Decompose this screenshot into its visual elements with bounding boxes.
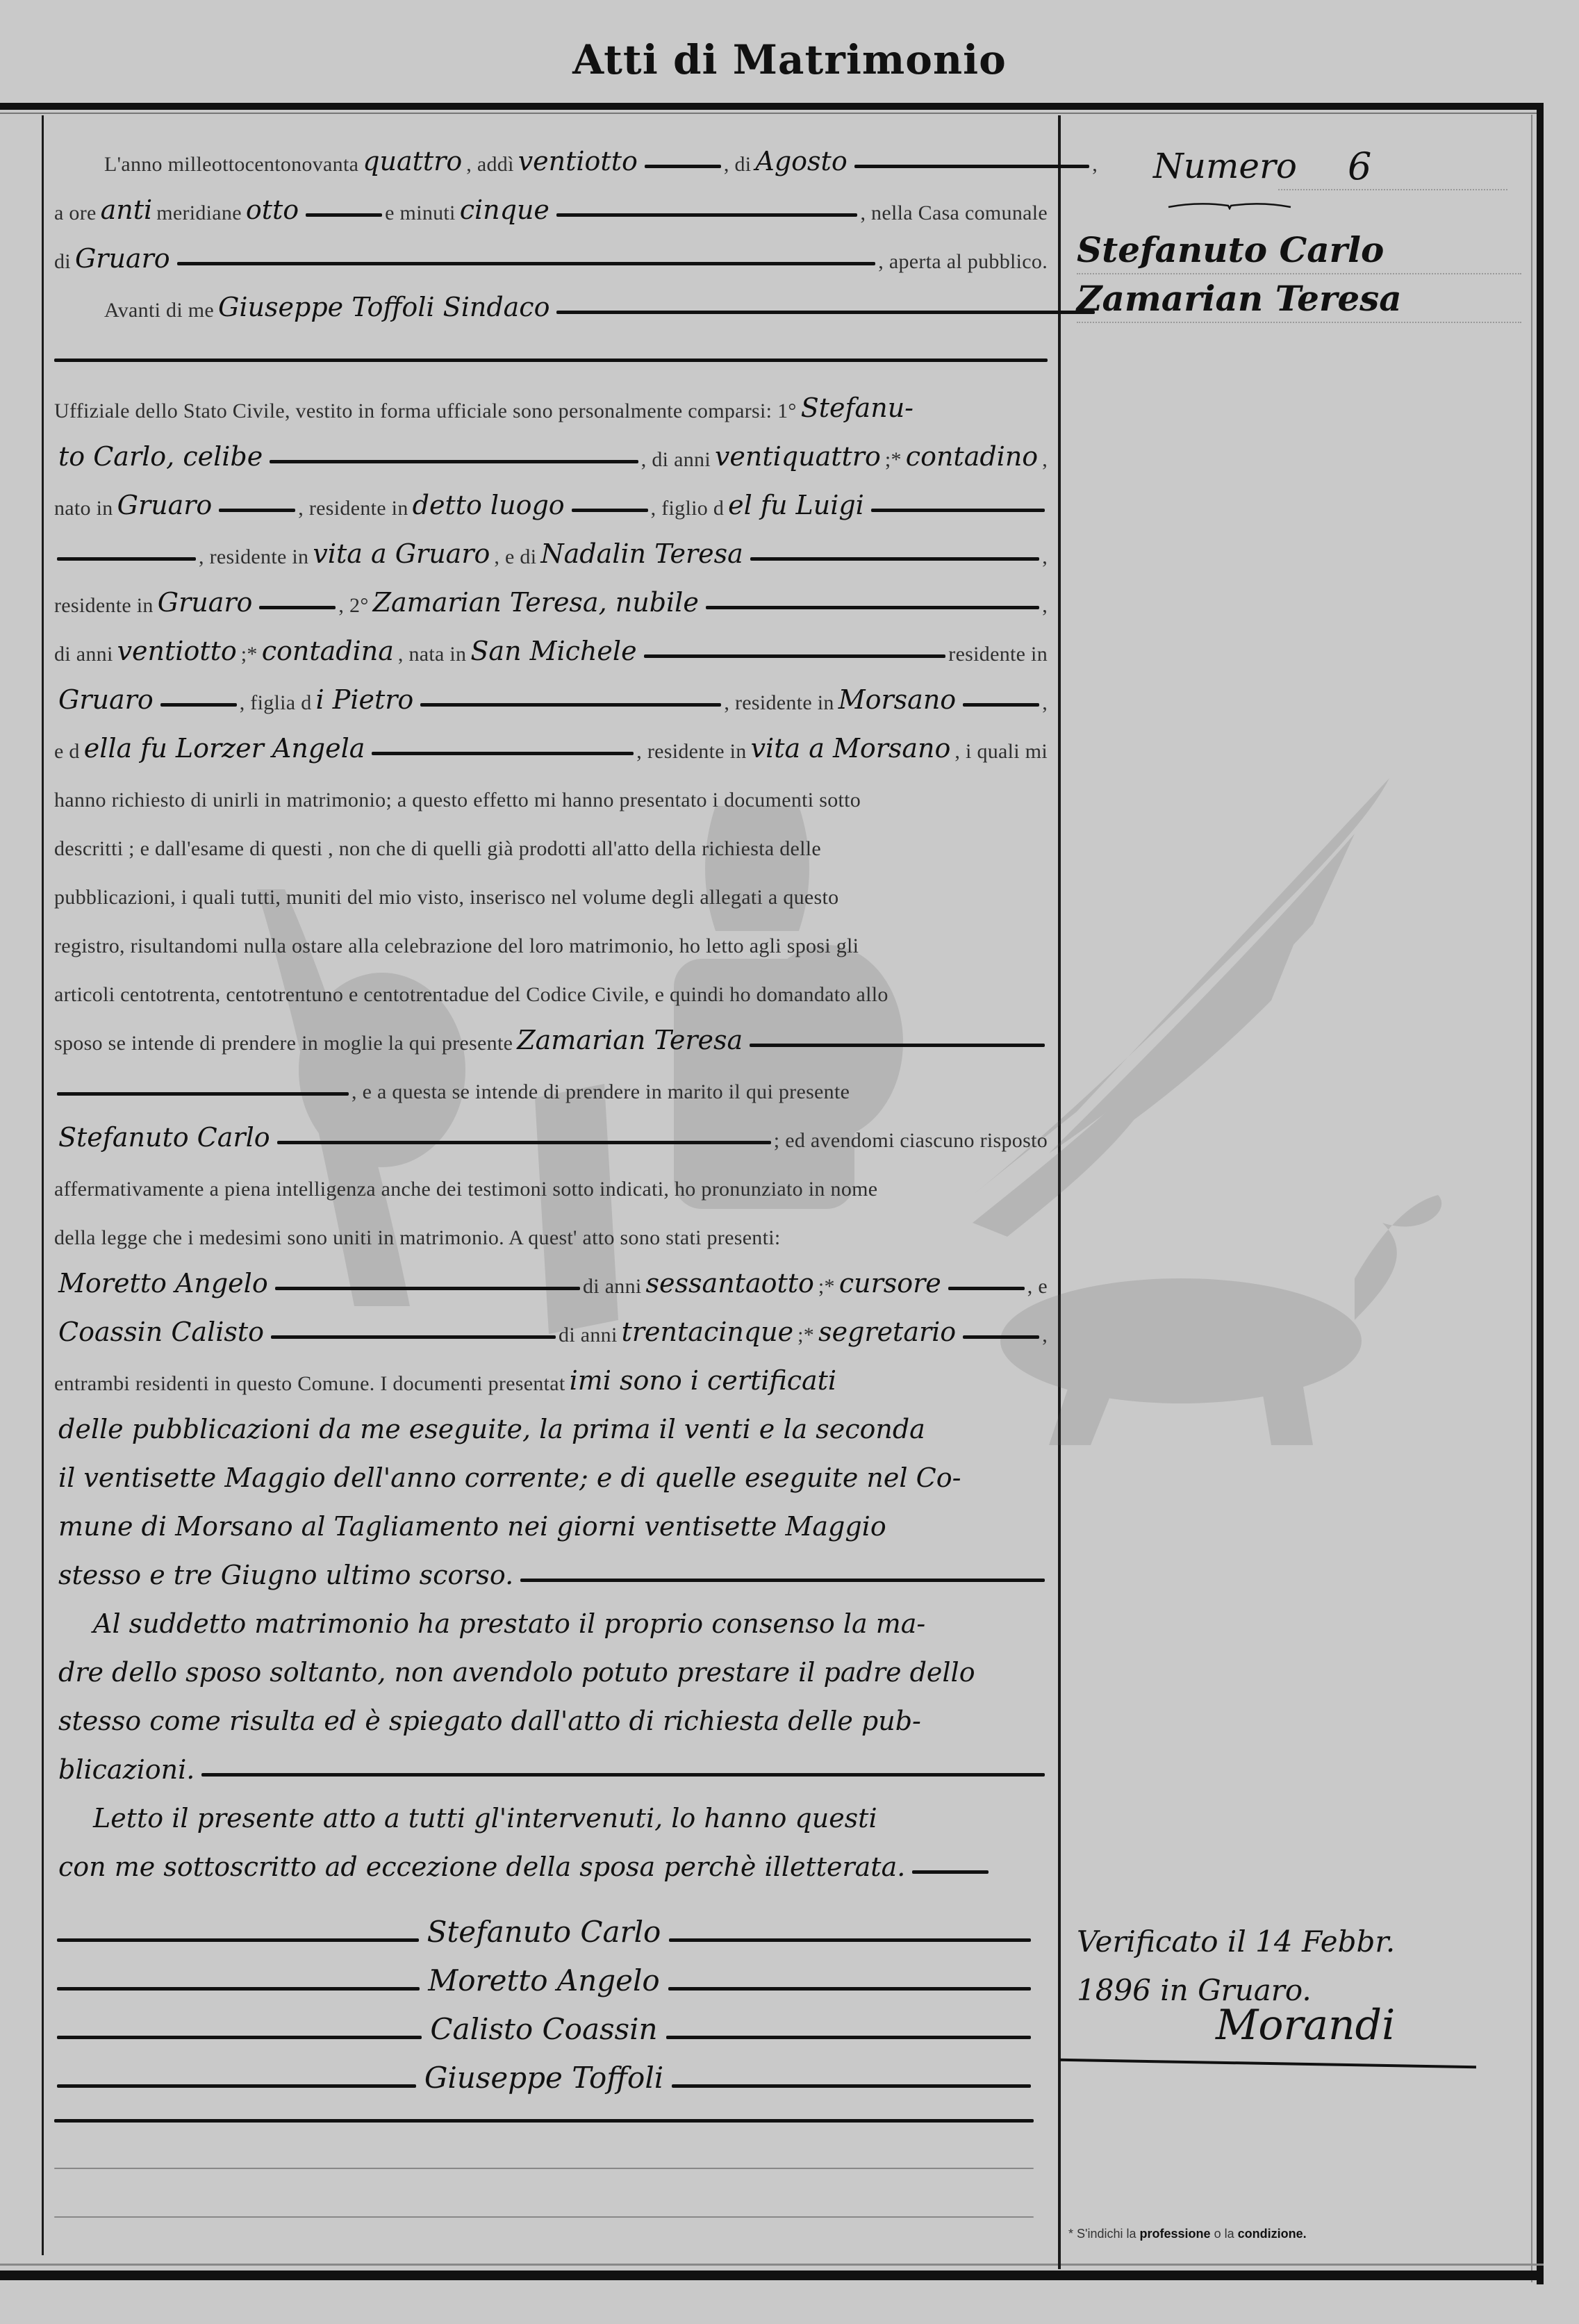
- printed-text: a ore: [54, 201, 97, 225]
- line-l35: con me sottoscritto ad eccezione della s…: [54, 1838, 1048, 1882]
- printed-text: ,: [1042, 448, 1048, 472]
- handwritten-annotation: delle pubblicazioni da me eseguite, la p…: [54, 1414, 929, 1444]
- printed-text: L'anno milleottocentonovanta: [104, 153, 358, 176]
- footnote-bold: professione: [1140, 2227, 1211, 2241]
- line-officer: Avanti di me Giuseppe Toffoli Sindaco: [54, 278, 1098, 322]
- printed-text: di: [54, 250, 71, 274]
- handwritten-annotation: Al suddetto matrimonio ha prestato il pr…: [89, 1608, 929, 1639]
- verification-note: Verificato il 14 Febbr. 1896 in Gruaro.: [1077, 1918, 1494, 2015]
- handwritten-bride-name: Zamarian Teresa, nubile: [369, 587, 703, 618]
- line-l7: nato in Gruaro , residente in detto luog…: [54, 476, 1048, 520]
- printed-text: e d: [54, 740, 80, 764]
- printed-text: , residente in: [636, 740, 746, 764]
- handwritten-bride-father-residence: Morsano: [834, 684, 960, 715]
- handwritten-hour: otto: [242, 195, 303, 225]
- printed-text: , i quali mi: [954, 740, 1048, 764]
- handwritten-bride-residence: Gruaro: [54, 684, 158, 715]
- handwritten-witness-age: trentacinque: [618, 1317, 798, 1347]
- printed-text: affermativamente a piena intelligenza an…: [54, 1178, 877, 1201]
- fill-line: [963, 703, 1039, 707]
- printed-text: ;*: [818, 1275, 835, 1299]
- fill-line: [672, 2084, 1031, 2088]
- footnote-text: * S'indichi la: [1068, 2227, 1136, 2241]
- line-l9: residente in Gruaro , 2° Zamarian Teresa…: [54, 573, 1048, 618]
- printed-text: , 2°: [338, 594, 368, 618]
- handwritten-bride-age: ventiotto: [113, 636, 241, 666]
- line-l19: , e a questa se intende di prendere in m…: [54, 1060, 1048, 1104]
- handwritten-bride-mother-residence: vita a Morsano: [747, 733, 955, 764]
- fill-line: [420, 703, 721, 707]
- line-l17: articoli centotrenta, centotrentuno e ce…: [54, 962, 1048, 1007]
- fill-line: [57, 557, 196, 561]
- fill-line: [201, 1773, 1045, 1777]
- footnote-text: o la: [1214, 2227, 1234, 2241]
- handwritten-groom-age: ventiquattro: [711, 441, 885, 472]
- handwritten-witness-name: Coassin Calisto: [54, 1317, 268, 1347]
- handwritten-bride-mother: ella fu Lorzer Angela: [80, 733, 370, 764]
- printed-text: residente in: [948, 643, 1048, 666]
- printed-text: di anni: [583, 1275, 642, 1299]
- printed-text: , nata in: [398, 643, 467, 666]
- line-l28: mune di Morsano al Tagliamento nei giorn…: [54, 1497, 1048, 1542]
- column-divider-left: [42, 115, 44, 2255]
- frame-border-top-inner: [0, 113, 1544, 114]
- handwritten-groom-name: Stefanu-: [797, 393, 918, 423]
- handwritten-day: ventiotto: [514, 146, 642, 176]
- printed-text: ,: [1092, 153, 1098, 176]
- printed-text: nato in: [54, 497, 113, 520]
- fill-line: [948, 1287, 1025, 1290]
- printed-text: , e a questa se intende di prendere in m…: [352, 1080, 850, 1104]
- handwritten-officer: Giuseppe Toffoli Sindaco: [214, 292, 554, 322]
- handwritten-annotation: blicazioni.: [54, 1754, 199, 1785]
- printed-text: ;*: [797, 1324, 814, 1347]
- printed-text: entrambi residenti in questo Comune. I d…: [54, 1372, 565, 1396]
- fill-line: [160, 703, 237, 707]
- line-l26: delle pubblicazioni da me eseguite, la p…: [54, 1400, 1048, 1444]
- separator-rule: [54, 359, 1048, 362]
- printed-text: ,: [1042, 1324, 1048, 1347]
- fill-line: [259, 606, 336, 609]
- fill-line: [520, 1579, 1045, 1582]
- handwritten-father-residence: vita a Gruaro: [308, 538, 494, 569]
- line-l20: Stefanuto Carlo ; ed avendomi ciascuno r…: [54, 1108, 1048, 1153]
- printed-text: , e: [1027, 1275, 1048, 1299]
- signature-witness-2: Calisto Coassin: [424, 2012, 663, 2046]
- fill-line: [669, 1938, 1031, 1942]
- handwritten-groom-name: to Carlo, celibe: [54, 441, 267, 472]
- fill-line: [372, 752, 634, 755]
- footnote-bold: condizione.: [1238, 2227, 1307, 2241]
- page-title: Atti di Matrimonio: [0, 36, 1579, 83]
- printed-text: ;*: [885, 448, 902, 472]
- fill-line: [271, 1335, 556, 1339]
- handwritten-annotation: dre dello sposo soltanto, non avendolo p…: [54, 1657, 979, 1688]
- handwritten-witness-profession: cursore: [835, 1268, 945, 1299]
- signature-line-witness-1: Moretto Angelo: [54, 1956, 1034, 1997]
- line-l12: e d ella fu Lorzer Angela , residente in…: [54, 719, 1048, 764]
- handwritten-bride-birthplace: San Michele: [466, 636, 640, 666]
- signature-line-groom: Stefanuto Carlo: [54, 1907, 1034, 1949]
- record-number-label: Numero: [1153, 146, 1297, 186]
- line-l32: stesso come risulta ed è spiegato dall'a…: [54, 1692, 1048, 1736]
- printed-text: e minuti: [385, 201, 456, 225]
- handwritten-residence: detto luogo: [408, 490, 569, 520]
- frame-border-top: [0, 103, 1544, 110]
- handwritten-mother: Nadalin Teresa: [536, 538, 747, 569]
- fill-line: [275, 1287, 580, 1290]
- fill-line: [645, 165, 721, 168]
- line-l21: affermativamente a piena intelligenza an…: [54, 1157, 1048, 1201]
- printed-text: di anni: [54, 643, 113, 666]
- fill-line: [277, 1141, 771, 1144]
- printed-text: , aperta al pubblico.: [878, 250, 1048, 274]
- fill-line: [270, 460, 638, 463]
- printed-text: ,: [1042, 545, 1048, 569]
- handwritten-birthplace: Gruaro: [113, 490, 217, 520]
- fill-line: [854, 165, 1089, 168]
- fill-line: [644, 654, 946, 658]
- line-time: a ore anti meridiane otto e minuti cinqu…: [54, 181, 1048, 225]
- printed-text: ;*: [241, 643, 258, 666]
- handwritten-annotation: con me sottoscritto ad eccezione della s…: [54, 1852, 909, 1882]
- line-year-date: L'anno milleottocentonovanta quattro , a…: [54, 132, 1098, 176]
- line-l31: dre dello sposo soltanto, non avendolo p…: [54, 1643, 1048, 1688]
- handwritten-commune: Gruaro: [71, 243, 174, 274]
- fill-line: [912, 1870, 989, 1874]
- line-l25: entrambi residenti in questo Comune. I d…: [54, 1351, 1048, 1396]
- closing-rule: [54, 2119, 1034, 2123]
- signature-line-officer: Giuseppe Toffoli: [54, 2053, 1034, 2095]
- handwritten-year: quattro: [358, 146, 466, 176]
- printed-text: registro, risultandomi nulla ostare alla…: [54, 934, 859, 958]
- printed-text: , di anni: [641, 448, 711, 472]
- line-l27: il ventisette Maggio dell'anno corrente;…: [54, 1449, 1048, 1493]
- printed-text: , di: [724, 153, 752, 176]
- line-l14: descritti ; e dall'esame di questi , non…: [54, 816, 1048, 861]
- fill-line: [556, 213, 858, 217]
- verification-line-1: Verificato il 14 Febbr.: [1077, 1918, 1494, 1966]
- printed-text: meridiane: [156, 201, 242, 225]
- fill-line: [57, 2084, 416, 2088]
- fill-line: [57, 1987, 420, 1991]
- printed-text: ,: [1042, 691, 1048, 715]
- printed-text: di anni: [559, 1324, 618, 1347]
- brace-ornament-icon: [1167, 200, 1292, 210]
- frame-border-bottom: [0, 2271, 1544, 2280]
- line-l29: stesso e tre Giugno ultimo scorso.: [54, 1546, 1048, 1590]
- signature-groom: Stefanuto Carlo: [422, 1915, 667, 1949]
- fill-line: [666, 2036, 1031, 2039]
- fill-line: [871, 509, 1045, 512]
- margin-name-bride: Zamarian Teresa: [1077, 278, 1521, 323]
- verification-signature: Morandi: [1216, 2001, 1395, 2050]
- fill-line: [57, 2036, 422, 2039]
- fill-line: [177, 262, 876, 265]
- dotted-line: [1278, 189, 1507, 190]
- handwritten-annotation: imi sono i certificati: [565, 1365, 841, 1396]
- printed-text: , figlia d: [240, 691, 312, 715]
- handwritten-groom-profession: contadino: [902, 441, 1042, 472]
- line-l11: Gruaro , figlia d i Pietro , residente i…: [54, 670, 1048, 715]
- line-l15: pubblicazioni, i quali tutti, muniti del…: [54, 865, 1048, 909]
- line-l6: to Carlo, celibe , di anni ventiquattro …: [54, 427, 1048, 472]
- fill-line: [57, 1938, 419, 1942]
- signature-witness-1: Moretto Angelo: [422, 1963, 665, 1997]
- handwritten-annotation: il ventisette Maggio dell'anno corrente;…: [54, 1462, 965, 1493]
- printed-text: , nella Casa comunale: [860, 201, 1048, 225]
- printed-text: ,: [1042, 594, 1048, 618]
- handwritten-bride-name: Zamarian Teresa: [513, 1025, 747, 1055]
- printed-text: Avanti di me: [104, 299, 214, 322]
- printed-text: , residente in: [724, 691, 834, 715]
- frame-border-right: [1537, 103, 1544, 2284]
- frame-border-bottom-inner: [0, 2264, 1544, 2266]
- handwritten-ante: anti: [97, 195, 157, 225]
- handwritten-annotation: stesso e tre Giugno ultimo scorso.: [54, 1560, 518, 1590]
- frame-border-right-inner: [1531, 115, 1532, 2282]
- handwritten-bride-profession: contadina: [258, 636, 398, 666]
- fill-line: [556, 311, 1095, 314]
- printed-text: articoli centotrenta, centotrentuno e ce…: [54, 983, 888, 1007]
- column-divider-middle: [1058, 115, 1061, 2269]
- printed-text: sposo se intende di prendere in moglie l…: [54, 1032, 513, 1055]
- record-number-value: 6: [1348, 145, 1371, 188]
- printed-text: , e di: [494, 545, 536, 569]
- verification-rule: [1059, 2059, 1476, 2068]
- handwritten-witness-age: sessantaotto: [642, 1268, 818, 1299]
- fill-line: [706, 606, 1039, 609]
- line-l13: hanno richiesto di unirli in matrimonio;…: [54, 768, 1048, 812]
- line-l30: Al suddetto matrimonio ha prestato il pr…: [54, 1594, 1082, 1639]
- handwritten-father: el fu Luigi: [724, 490, 868, 520]
- printed-text: Uffiziale dello Stato Civile, vestito in…: [54, 399, 797, 423]
- handwritten-groom-name: Stefanuto Carlo: [54, 1122, 274, 1153]
- printed-text: hanno richiesto di unirli in matrimonio;…: [54, 789, 861, 812]
- line-l33: blicazioni.: [54, 1740, 1048, 1785]
- line-witness-1: Moretto Angelo di anni sessantaotto ;* c…: [54, 1254, 1048, 1299]
- printed-text: della legge che i medesimi sono uniti in…: [54, 1226, 781, 1250]
- fill-line: [572, 509, 648, 512]
- line-witness-2: Coassin Calisto di anni trentacinque ;* …: [54, 1303, 1048, 1347]
- margin-name-groom: Stefanuto Carlo: [1077, 229, 1521, 274]
- line-l18: sposo se intende di prendere in moglie l…: [54, 1011, 1048, 1055]
- fill-line: [750, 1044, 1045, 1047]
- line-l8: , residente in vita a Gruaro , e di Nada…: [54, 525, 1048, 569]
- footnote: * S'indichi la professione o la condizio…: [1068, 2227, 1307, 2241]
- line-l34: Letto il presente atto a tutti gl'interv…: [54, 1789, 1082, 1833]
- blank-rule: [54, 2216, 1034, 2218]
- handwritten-mother-residence: Gruaro: [154, 587, 257, 618]
- fill-line: [306, 213, 382, 217]
- printed-text: , residente in: [298, 497, 408, 520]
- fill-line: [219, 509, 295, 512]
- fill-line: [668, 1987, 1031, 1991]
- printed-text: , residente in: [199, 545, 308, 569]
- signature-officer: Giuseppe Toffoli: [419, 2061, 669, 2095]
- printed-text: ; ed avendomi ciascuno risposto: [774, 1129, 1048, 1153]
- line-l10: di anni ventiotto ;* contadina , nata in…: [54, 622, 1048, 666]
- signature-line-witness-2: Calisto Coassin: [54, 2004, 1034, 2046]
- printed-text: , figlio d: [651, 497, 725, 520]
- handwritten-annotation: stesso come risulta ed è spiegato dall'a…: [54, 1706, 925, 1736]
- handwritten-witness-name: Moretto Angelo: [54, 1268, 272, 1299]
- handwritten-month: Agosto: [751, 146, 851, 176]
- fill-line: [57, 1092, 349, 1096]
- fill-line: [963, 1335, 1039, 1339]
- line-commune: di Gruaro , aperta al pubblico.: [54, 229, 1048, 274]
- handwritten-bride-father: i Pietro: [312, 684, 418, 715]
- printed-text: , addì: [466, 153, 513, 176]
- line-l16: registro, risultandomi nulla ostare alla…: [54, 914, 1048, 958]
- line-l22: della legge che i medesimi sono uniti in…: [54, 1205, 1048, 1250]
- handwritten-witness-profession: segretario: [814, 1317, 960, 1347]
- handwritten-minutes: cinque: [456, 195, 554, 225]
- printed-text: pubblicazioni, i quali tutti, muniti del…: [54, 886, 838, 909]
- printed-text: residente in: [54, 594, 154, 618]
- line-l5: Uffiziale dello Stato Civile, vestito in…: [54, 379, 1048, 423]
- handwritten-annotation: mune di Morsano al Tagliamento nei giorn…: [54, 1511, 891, 1542]
- fill-line: [750, 557, 1039, 561]
- blank-rule: [54, 2168, 1034, 2169]
- printed-text: descritti ; e dall'esame di questi , non…: [54, 837, 821, 861]
- handwritten-annotation: Letto il presente atto a tutti gl'interv…: [89, 1803, 882, 1833]
